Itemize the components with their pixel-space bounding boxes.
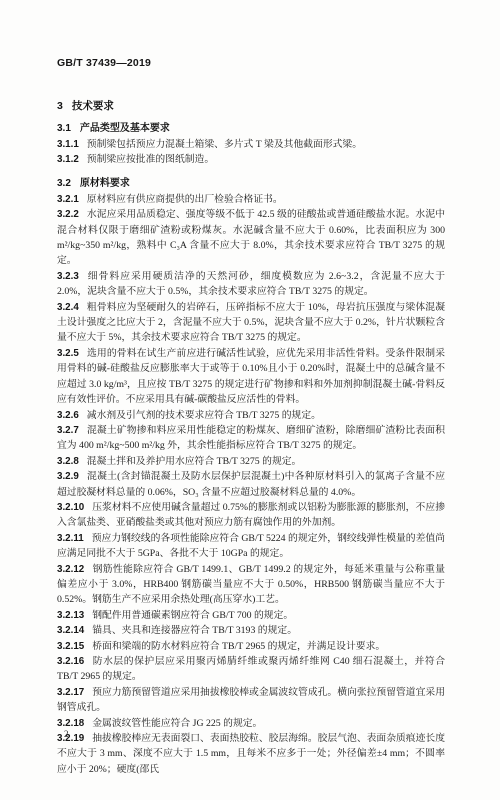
clause-text: 锚具、夹具和连接器应符合 TB/T 3193 的规定。 <box>92 625 297 636</box>
clause-3-2-5: 3.2.5选用的骨料在试生产前应进行碱活性试验，应优先采用非活性骨料。受条件限制… <box>57 346 445 408</box>
clause-3-2-6: 3.2.6减水剂及引气剂的技术要求应符合 TB/T 3275 的规定。 <box>57 408 445 423</box>
clause-text: 钢筋性能除应符合 GB/T 1499.1、GB/T 1499.2 的规定外，每延… <box>57 564 445 606</box>
clause-text: 原材料应有供应商提供的出厂检验合格证书。 <box>87 194 283 205</box>
clause-3-2-18: 3.2.18金属波纹管性能应符合 JG 225 的规定。 <box>57 716 445 731</box>
clause-text: 预应力筋预留管道应采用抽拔橡胶棒或金属波纹管成孔。横向张拉预留管道宜采用钢管成孔… <box>57 687 445 713</box>
section-title: 产品类型及基本要求 <box>80 123 170 134</box>
clause-3-2-2: 3.2.2水泥应采用品质稳定、强度等级不低于 42.5 级的硅酸盐或普通硅酸盐水… <box>57 207 445 269</box>
clause-3-2-10: 3.2.10压浆材料不应使用碱含量超过 0.75%的膨胀剂或以铝粉为膨胀源的膨胀… <box>57 500 445 531</box>
clause-text: 混凝土(含封锚混凝土及防水层保护层混凝土)中各种原材料引入的氯离子含量不应超过胶… <box>57 471 445 497</box>
clause-number: 3.2.2 <box>57 209 87 220</box>
section-heading-3-2: 3.2原材料要求 <box>57 174 445 189</box>
clause-text: 粗骨料应为坚硬耐久的岩碎石，压碎指标不应大于 10%，母岩抗压强度与梁体混凝土设… <box>57 302 445 344</box>
clause-number: 3.2.12 <box>57 564 92 575</box>
clause-text: 金属波纹管性能应符合 JG 225 的规定。 <box>92 718 262 729</box>
clause-text: 水泥应采用品质稳定、强度等级不低于 42.5 级的硅酸盐或普通硅酸盐水泥。水泥中… <box>57 209 445 266</box>
chapter-title: 技术要求 <box>72 100 114 112</box>
clause-3-1-1: 3.1.1预制梁包括预应力混凝土箱梁、多片式 T 梁及其他截面形式梁。 <box>57 137 445 152</box>
clause-text: 预制梁包括预应力混凝土箱梁、多片式 T 梁及其他截面形式梁。 <box>87 139 362 150</box>
clause-3-2-1: 3.2.1原材料应有供应商提供的出厂检验合格证书。 <box>57 192 445 207</box>
clause-number: 3.2.4 <box>57 302 87 313</box>
clause-text: 预应力钢绞线的各项性能除应符合 GB/T 5224 的规定外，钢绞线弹性模量的差… <box>57 533 445 559</box>
clause-3-2-14: 3.2.14锚具、夹具和连接器应符合 TB/T 3193 的规定。 <box>57 623 445 638</box>
chapter-number: 3 <box>57 100 63 112</box>
standard-number: GB/T 37439—2019 <box>57 57 151 69</box>
clause-text: 预制梁应按批准的图纸制造。 <box>87 154 214 165</box>
clause-3-2-16: 3.2.16防水层的保护层应采用聚丙烯腈纤维或聚丙烯纤维网 C40 细石混凝土，… <box>57 654 445 685</box>
clause-number: 3.2.8 <box>57 456 87 467</box>
clause-text: 细骨料应采用硬质洁净的天然河砂，细度模数应为 2.6~3.2，含泥量不应大于 2… <box>57 271 445 297</box>
clause-number: 3.2.14 <box>57 625 92 636</box>
clause-text: 抽拔橡胶棒应无表面裂口、表面热胶粒、胶层海绵。胶层气泡、表面杂质痕迹长度不应大于… <box>57 733 445 775</box>
clause-3-2-7: 3.2.7混凝土矿物掺和料应采用性能稳定的粉煤灰、磨细矿渣粉，除磨细矿渣粉比表面… <box>57 423 445 454</box>
clause-number: 3.2.10 <box>57 502 92 513</box>
clause-3-2-13: 3.2.13钢配件用普通碳素钢应符合 GB/T 700 的规定。 <box>57 608 445 623</box>
clause-number: 3.2.1 <box>57 194 87 205</box>
section-title: 原材料要求 <box>80 178 130 189</box>
clause-3-2-19: 3.2.19抽拔橡胶棒应无表面裂口、表面热胶粒、胶层海绵。胶层气泡、表面杂质痕迹… <box>57 731 445 777</box>
clause-text: 选用的骨料在试生产前应进行碱活性试验，应优先采用非活性骨料。受条件限制采用骨料的… <box>57 348 445 405</box>
clause-text: 减水剂及引气剂的技术要求应符合 TB/T 3275 的规定。 <box>87 410 321 421</box>
clause-number: 3.1.1 <box>57 139 87 150</box>
clause-3-2-11: 3.2.11预应力钢绞线的各项性能除应符合 GB/T 5224 的规定外，钢绞线… <box>57 531 445 562</box>
clause-3-1-2: 3.1.2预制梁应按批准的图纸制造。 <box>57 152 445 167</box>
section-number: 3.1 <box>57 123 71 134</box>
clause-3-2-4: 3.2.4粗骨料应为坚硬耐久的岩碎石，压碎指标不应大于 10%，母岩抗压强度与梁… <box>57 300 445 346</box>
clause-number: 3.2.3 <box>57 271 87 282</box>
clause-number: 3.2.15 <box>57 641 92 652</box>
clause-number: 3.2.19 <box>57 733 92 744</box>
clause-text: 混凝土矿物掺和料应采用性能稳定的粉煤灰、磨细矿渣粉，除磨细矿渣粉比表面积宜为 4… <box>57 425 445 451</box>
clause-number: 3.2.18 <box>57 718 92 729</box>
section-heading-3-1: 3.1产品类型及基本要求 <box>57 119 445 134</box>
clause-number: 3.2.16 <box>57 656 92 667</box>
clause-text: 压浆材料不应使用碱含量超过 0.75%的膨胀剂或以铝粉为膨胀源的膨胀剂，不应掺入… <box>57 502 445 528</box>
clause-text: 桥面和梁端的防水材料应符合 TB/T 2965 的规定，并满足设计要求。 <box>92 641 385 652</box>
clause-3-2-8: 3.2.8混凝土拌和及养护用水应符合 TB/T 3275 的规定。 <box>57 454 445 469</box>
clause-text: 钢配件用普通碳素钢应符合 GB/T 700 的规定。 <box>92 610 293 621</box>
clause-number: 3.2.6 <box>57 410 87 421</box>
page-content: 3技术要求 3.1产品类型及基本要求 3.1.1预制梁包括预应力混凝土箱梁、多片… <box>57 70 445 777</box>
clause-3-2-9: 3.2.9混凝土(含封锚混凝土及防水层保护层混凝土)中各种原材料引入的氯离子含量… <box>57 469 445 500</box>
clause-3-2-17: 3.2.17预应力筋预留管道应采用抽拔橡胶棒或金属波纹管成孔。横向张拉预留管道宜… <box>57 685 445 716</box>
clause-number: 3.2.11 <box>57 533 92 544</box>
clause-number: 3.2.9 <box>57 471 87 482</box>
page-number: 2 <box>64 729 69 739</box>
clause-number: 3.2.5 <box>57 348 87 359</box>
clause-number: 3.1.2 <box>57 154 87 165</box>
clause-text: 防水层的保护层应采用聚丙烯腈纤维或聚丙烯纤维网 C40 细石混凝土，并符合 TB… <box>57 656 445 682</box>
clause-text: 混凝土拌和及养护用水应符合 TB/T 3275 的规定。 <box>87 456 302 467</box>
clause-3-2-12: 3.2.12钢筋性能除应符合 GB/T 1499.1、GB/T 1499.2 的… <box>57 562 445 608</box>
document-page: GB/T 37439—2019 3技术要求 3.1产品类型及基本要求 3.1.1… <box>0 0 500 800</box>
clause-number: 3.2.7 <box>57 425 87 436</box>
clause-number: 3.2.13 <box>57 610 92 621</box>
clause-3-2-15: 3.2.15桥面和梁端的防水材料应符合 TB/T 2965 的规定，并满足设计要… <box>57 639 445 654</box>
chapter-heading: 3技术要求 <box>57 98 445 113</box>
clause-3-2-3: 3.2.3细骨料应采用硬质洁净的天然河砂，细度模数应为 2.6~3.2，含泥量不… <box>57 269 445 300</box>
clause-number: 3.2.17 <box>57 687 92 698</box>
section-number: 3.2 <box>57 178 71 189</box>
